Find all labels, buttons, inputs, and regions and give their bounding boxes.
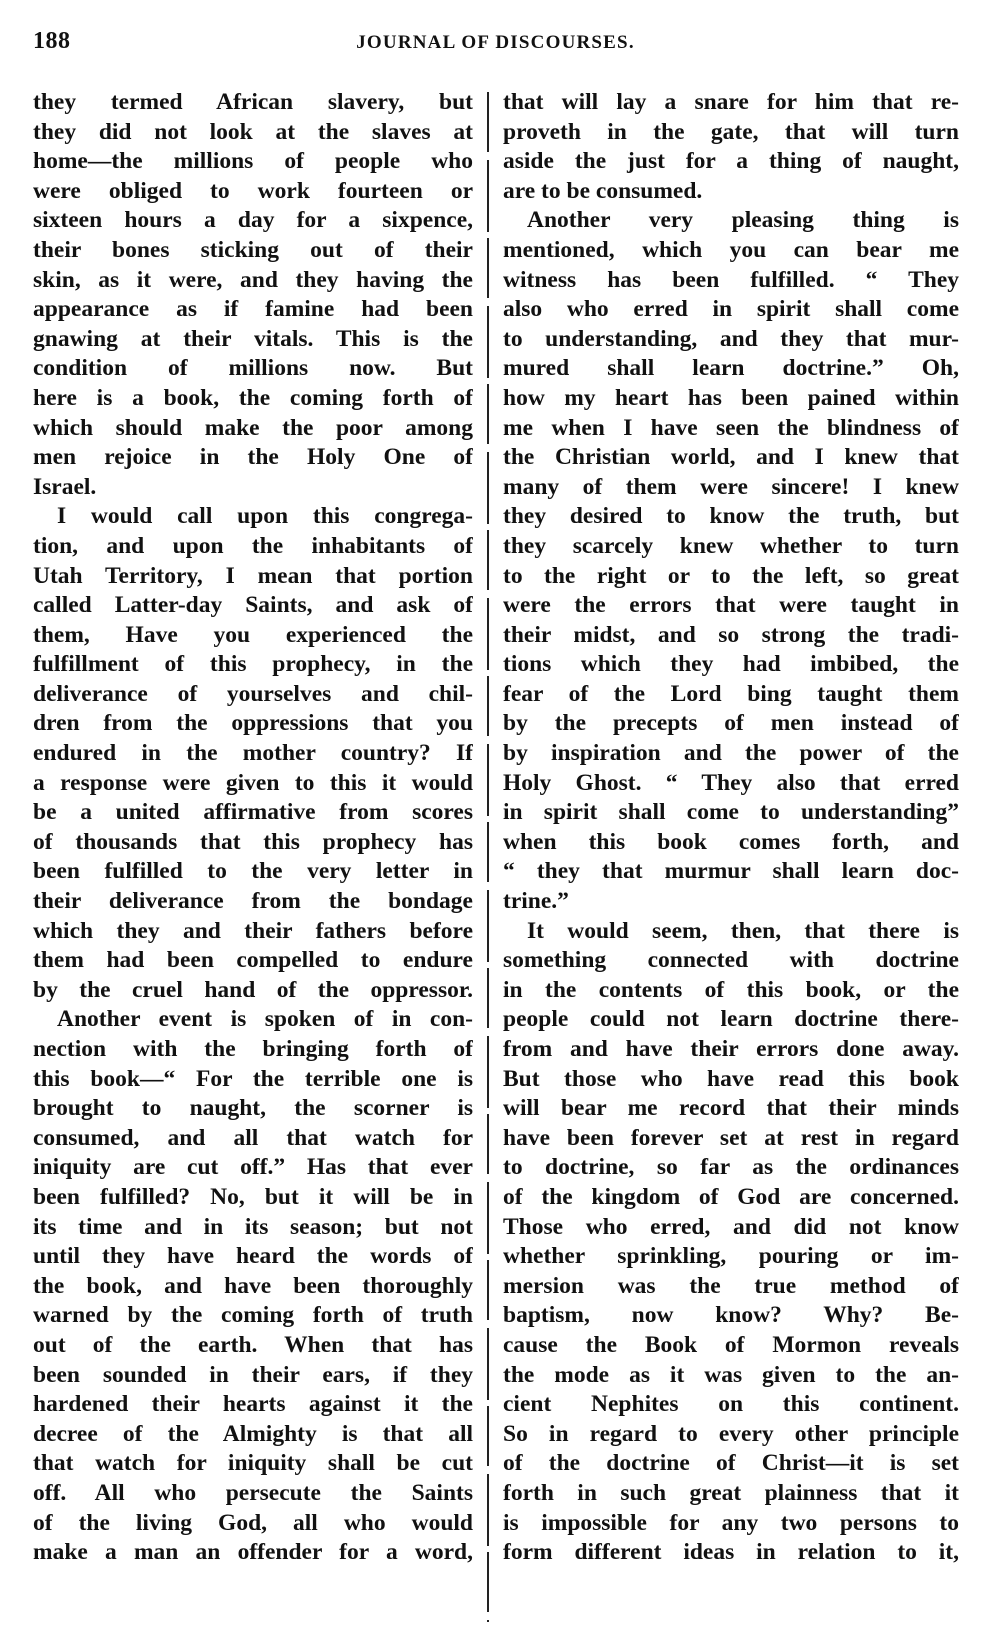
text-line: mentioned, which you can bear me [503, 236, 959, 266]
text-line: trine.” [503, 887, 959, 917]
text-line: been sounded in their ears, if they [33, 1361, 473, 1391]
text-line: me when I have seen the blindness of [503, 414, 959, 444]
text-line: to the right or to the left, so great [503, 562, 959, 592]
text-line: warned by the coming forth of truth [33, 1301, 473, 1331]
text-line: called Latter-day Saints, and ask of [33, 591, 473, 621]
text-line: Another event is spoken of in con- [33, 1005, 473, 1035]
text-line: of the kingdom of God are concerned. [503, 1183, 959, 1213]
text-line: tion, and upon the inhabitants of [33, 532, 473, 562]
text-line: form different ideas in relation to it, [503, 1538, 959, 1568]
text-line: be a united affirmative from scores [33, 798, 473, 828]
text-line: in spirit shall come to understanding” [503, 798, 959, 828]
text-line: mersion was the true method of [503, 1272, 959, 1302]
text-line: skin, as it were, and they having the [33, 266, 473, 296]
text-line: I would call upon this congrega- [33, 502, 473, 532]
text-line: nection with the bringing forth of [33, 1035, 473, 1065]
text-line: baptism, now know? Why? Be- [503, 1301, 959, 1331]
text-line: Those who erred, and did not know [503, 1213, 959, 1243]
text-line: from and have their errors done away. [503, 1035, 959, 1065]
text-line: mured shall learn doctrine.” Oh, [503, 354, 959, 384]
text-line: make a man an offender for a word, [33, 1538, 473, 1568]
text-line: them, Have you experienced the [33, 621, 473, 651]
text-line: in the contents of this book, or the [503, 976, 959, 1006]
text-line: the book, and have been thoroughly [33, 1272, 473, 1302]
text-line: appearance as if famine had been [33, 295, 473, 325]
text-line: to doctrine, so far as the ordinances [503, 1153, 959, 1183]
text-line: tions which they had imbibed, the [503, 650, 959, 680]
text-line: Another very pleasing thing is [503, 206, 959, 236]
text-line: them had been compelled to endure [33, 946, 473, 976]
page-header: 188 JOURNAL OF DISCOURSES. [33, 28, 958, 58]
text-line: cient Nephites on this continent. [503, 1390, 959, 1420]
text-line: they termed African slavery, but [33, 88, 473, 118]
text-line: brought to naught, the scorner is [33, 1094, 473, 1124]
text-line: home—the millions of people who [33, 147, 473, 177]
text-line: whether sprinkling, pouring or im- [503, 1242, 959, 1272]
text-line: their bones sticking out of their [33, 236, 473, 266]
text-line: they scarcely knew whether to turn [503, 532, 959, 562]
text-line: men rejoice in the Holy One of [33, 443, 473, 473]
text-line: “ they that murmur shall learn doc- [503, 857, 959, 887]
text-line: have been forever set at rest in regard [503, 1124, 959, 1154]
text-line: fulfillment of this prophecy, in the [33, 650, 473, 680]
text-line: that will lay a snare for him that re- [503, 88, 959, 118]
text-line: their deliverance from the bondage [33, 887, 473, 917]
text-line: Israel. [33, 473, 473, 503]
text-line: iniquity are cut off.” Has that ever [33, 1153, 473, 1183]
text-line: their midst, and so strong the tradi- [503, 621, 959, 651]
text-line: this book—“ For the terrible one is [33, 1065, 473, 1095]
text-line: It would seem, then, that there is [503, 917, 959, 947]
text-line: how my heart has been pained within [503, 384, 959, 414]
text-line: So in regard to every other principle [503, 1420, 959, 1450]
text-line: by inspiration and the power of the [503, 739, 959, 769]
text-line: Holy Ghost. “ They also that erred [503, 769, 959, 799]
text-line: forth in such great plainness that it [503, 1479, 959, 1509]
left-column: they termed African slavery, butthey did… [33, 88, 473, 1568]
text-line: here is a book, the coming forth of [33, 384, 473, 414]
text-line: of the living God, all who would [33, 1509, 473, 1539]
text-line: the Christian world, and I knew that [503, 443, 959, 473]
running-title: JOURNAL OF DISCOURSES. [33, 32, 958, 54]
text-line: to understanding, and they that mur- [503, 325, 959, 355]
right-column: that will lay a snare for him that re-pr… [503, 88, 959, 1568]
text-line: by the precepts of men instead of [503, 709, 959, 739]
text-line: of thousands that this prophecy has [33, 828, 473, 858]
text-line: the mode as it was given to the an- [503, 1361, 959, 1391]
text-line: condition of millions now. But [33, 354, 473, 384]
text-line: of the doctrine of Christ—it is set [503, 1449, 959, 1479]
text-line: hardened their hearts against it the [33, 1390, 473, 1420]
text-line: is impossible for any two persons to [503, 1509, 959, 1539]
text-line: a response were given to this it would [33, 769, 473, 799]
text-line: been fulfilled? No, but it will be in [33, 1183, 473, 1213]
text-line: were obliged to work fourteen or [33, 177, 473, 207]
text-line: Utah Territory, I mean that portion [33, 562, 473, 592]
text-line: gnawing at their vitals. This is the [33, 325, 473, 355]
text-line: decree of the Almighty is that all [33, 1420, 473, 1450]
text-line: were the errors that were taught in [503, 591, 959, 621]
text-line: which should make the poor among [33, 414, 473, 444]
text-line: But those who have read this book [503, 1065, 959, 1095]
text-line: its time and in its season; but not [33, 1213, 473, 1243]
text-line: fear of the Lord bing taught them [503, 680, 959, 710]
text-line: consumed, and all that watch for [33, 1124, 473, 1154]
text-line: off. All who persecute the Saints [33, 1479, 473, 1509]
text-line: will bear me record that their minds [503, 1094, 959, 1124]
text-line: out of the earth. When that has [33, 1331, 473, 1361]
text-line: which they and their fathers before [33, 917, 473, 947]
text-line: something connected with doctrine [503, 946, 959, 976]
text-line: they did not look at the slaves at [33, 118, 473, 148]
text-line: also who erred in spirit shall come [503, 295, 959, 325]
text-line: they desired to know the truth, but [503, 502, 959, 532]
text-line: cause the Book of Mormon reveals [503, 1331, 959, 1361]
text-line: sixteen hours a day for a sixpence, [33, 206, 473, 236]
text-line: people could not learn doctrine there- [503, 1005, 959, 1035]
text-line: by the cruel hand of the oppressor. [33, 976, 473, 1006]
column-divider [487, 92, 489, 1622]
text-line: that watch for iniquity shall be cut [33, 1449, 473, 1479]
text-line: many of them were sincere! I knew [503, 473, 959, 503]
text-line: proveth in the gate, that will turn [503, 118, 959, 148]
text-line: endured in the mother country? If [33, 739, 473, 769]
text-line: been fulfilled to the very letter in [33, 857, 473, 887]
text-line: until they have heard the words of [33, 1242, 473, 1272]
text-line: when this book comes forth, and [503, 828, 959, 858]
text-line: are to be consumed. [503, 177, 959, 207]
text-line: witness has been fulfilled. “ They [503, 266, 959, 296]
text-line: aside the just for a thing of naught, [503, 147, 959, 177]
text-line: dren from the oppressions that you [33, 709, 473, 739]
text-line: deliverance of yourselves and chil- [33, 680, 473, 710]
